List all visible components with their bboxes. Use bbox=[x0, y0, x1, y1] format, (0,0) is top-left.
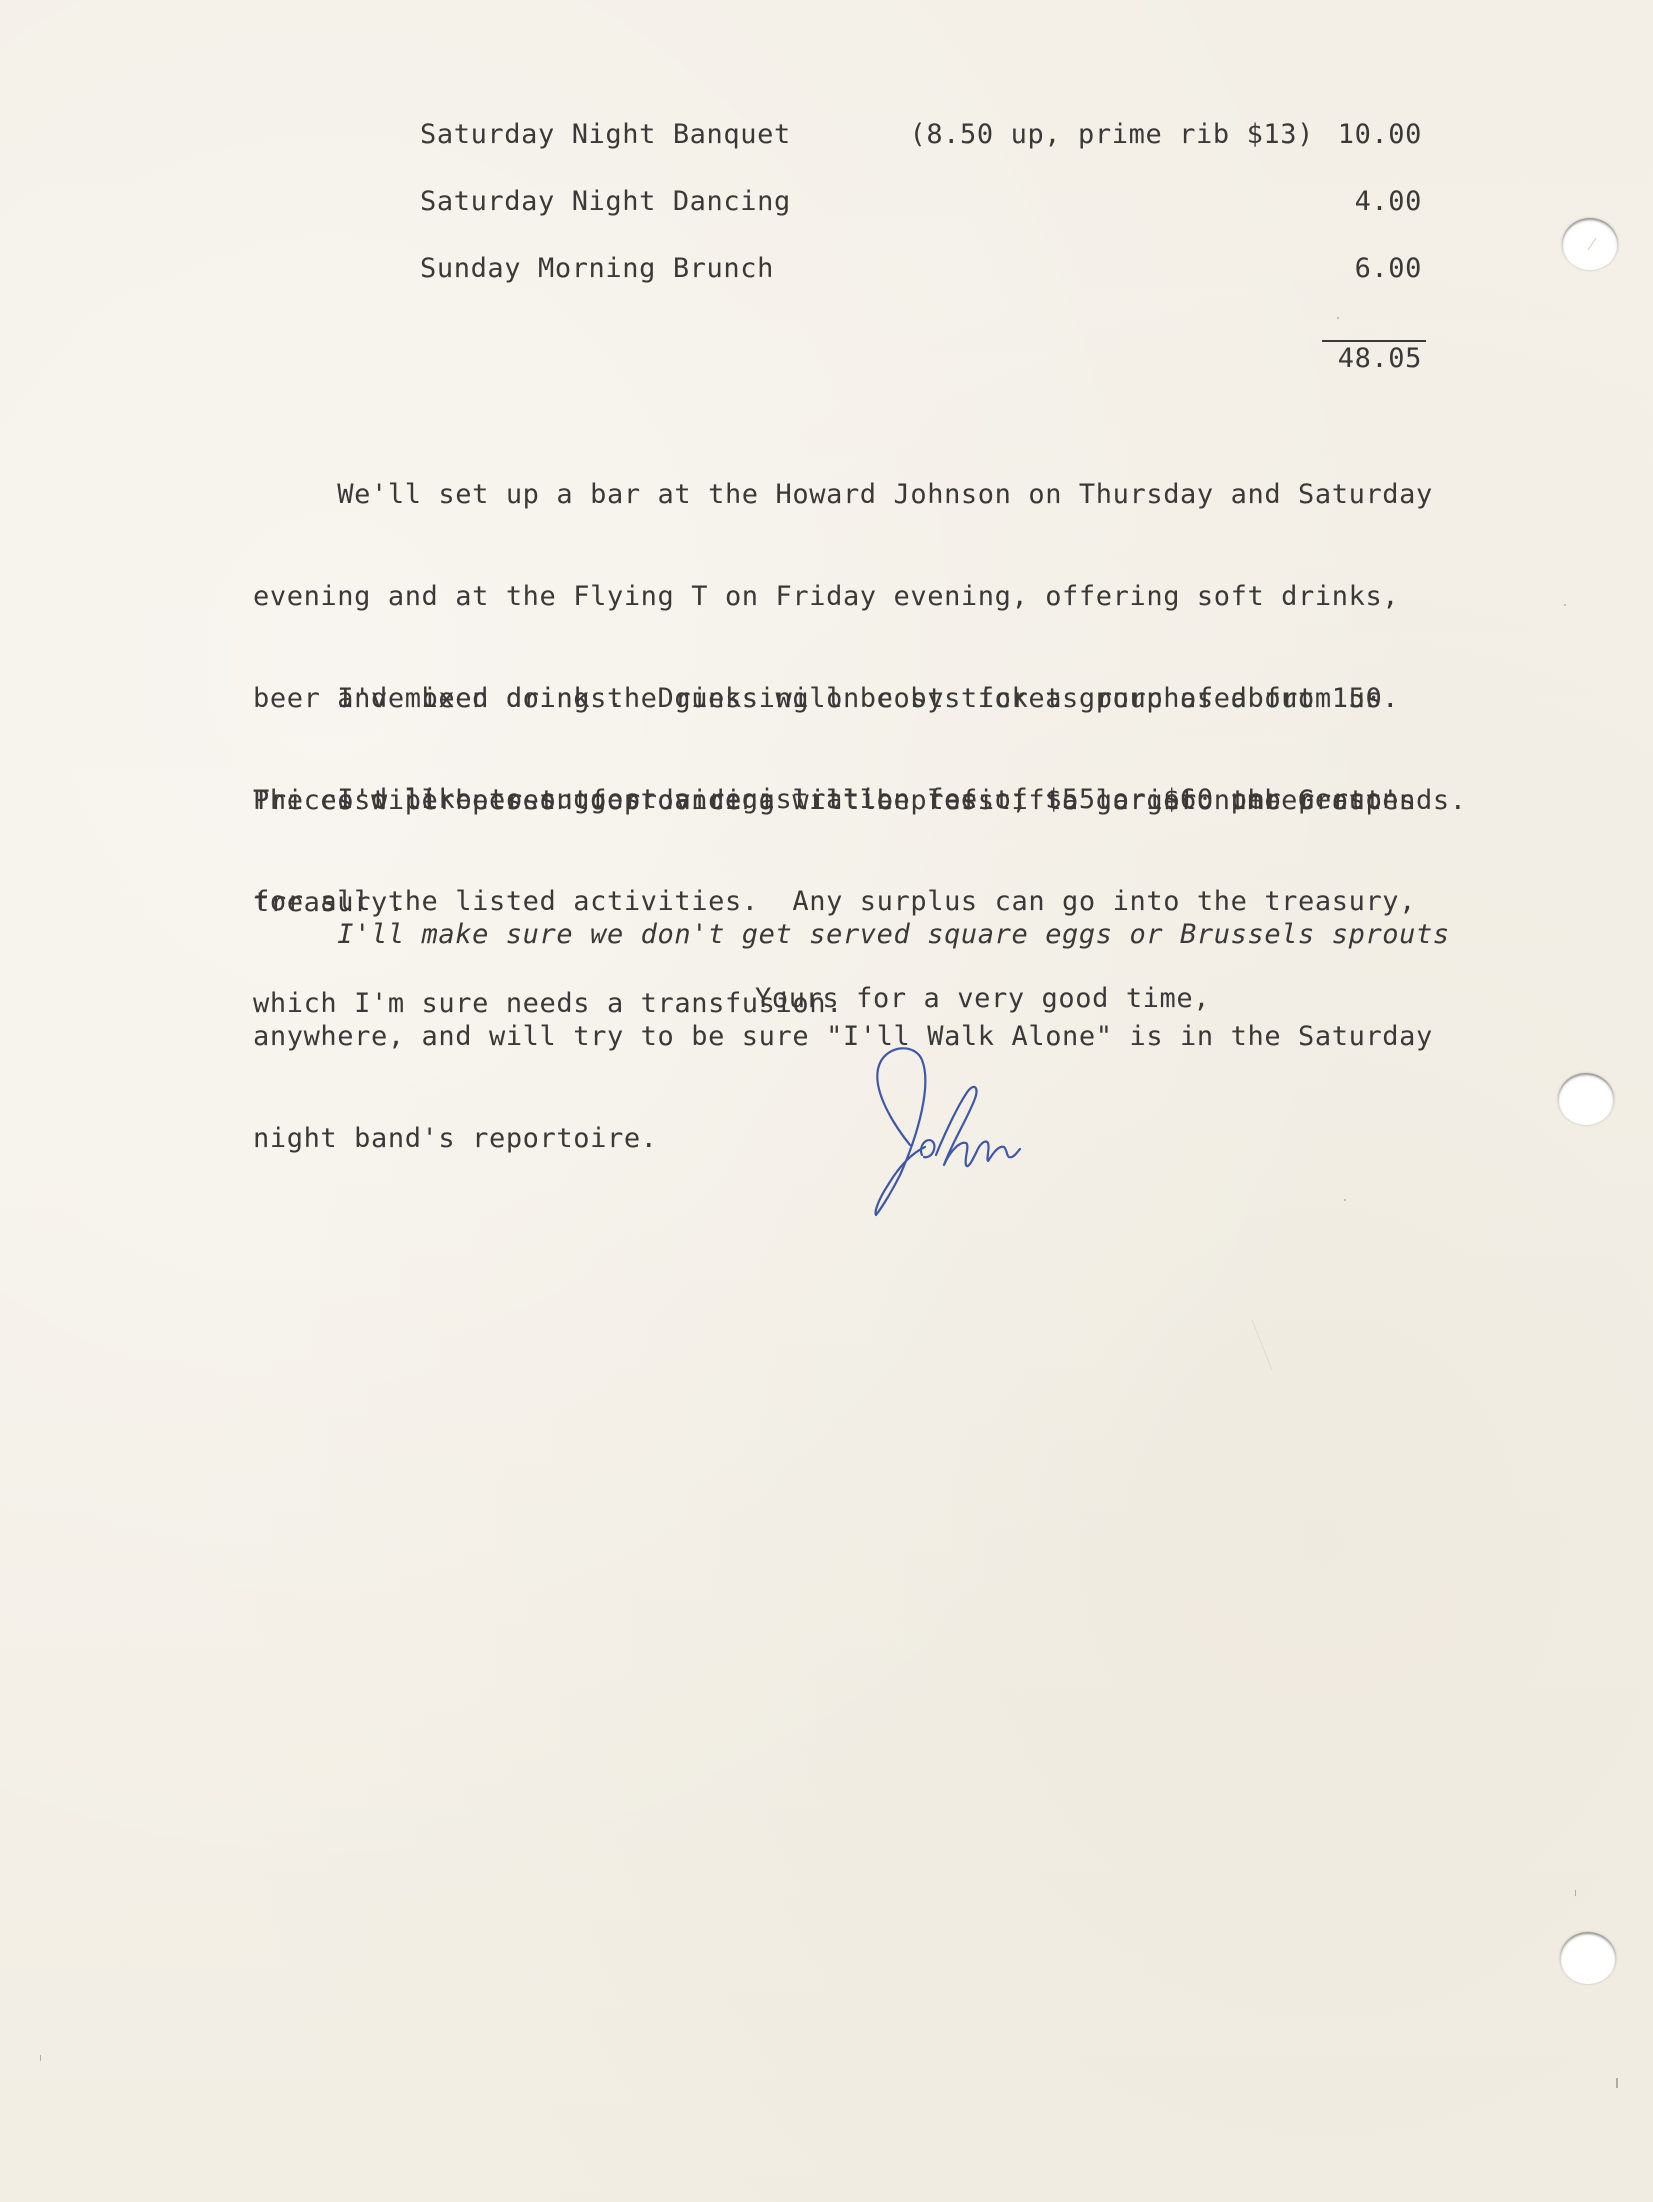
cost-item-note: (8.50 up, prime rib $13) bbox=[909, 118, 1314, 152]
cost-item-brunch: Sunday Morning Brunch 6.00 bbox=[420, 252, 1422, 286]
paragraph-line: We'll set up a bar at the Howard Johnson… bbox=[253, 478, 1483, 512]
paragraph-line: I'd like to suggest a registration fee o… bbox=[253, 783, 1483, 817]
paragraph-line-italic: I'll make sure we don't get served squar… bbox=[253, 918, 1483, 952]
cost-item-amount: 6.00 bbox=[1355, 252, 1422, 286]
cost-item-label: Saturday Night Dancing bbox=[420, 185, 791, 219]
cost-item-amount: 4.00 bbox=[1355, 185, 1422, 219]
cost-item-banquet: Saturday Night Banquet (8.50 up, prime r… bbox=[420, 118, 1422, 152]
cost-item-dancing: Saturday Night Dancing 4.00 bbox=[420, 185, 1422, 219]
hole-punch-top bbox=[1562, 218, 1618, 270]
closing-line: Yours for a very good time, bbox=[755, 982, 1210, 1016]
letter-page: Saturday Night Banquet (8.50 up, prime r… bbox=[0, 0, 1653, 2202]
signature-john: John bbox=[840, 1025, 1040, 1225]
cost-item-label: Sunday Morning Brunch bbox=[420, 252, 774, 286]
paragraph-line: evening and at the Flying T on Friday ev… bbox=[253, 580, 1483, 614]
cost-total: 48.05 bbox=[1338, 342, 1422, 376]
hole-punch-middle bbox=[1558, 1073, 1614, 1125]
paragraph-line: I've been doing the guessing on costs fo… bbox=[253, 682, 1483, 716]
cost-item-label: Saturday Night Banquet bbox=[420, 118, 791, 152]
hole-punch-bottom bbox=[1560, 1932, 1616, 1984]
cost-item-amount: 10.00 bbox=[1338, 118, 1422, 152]
